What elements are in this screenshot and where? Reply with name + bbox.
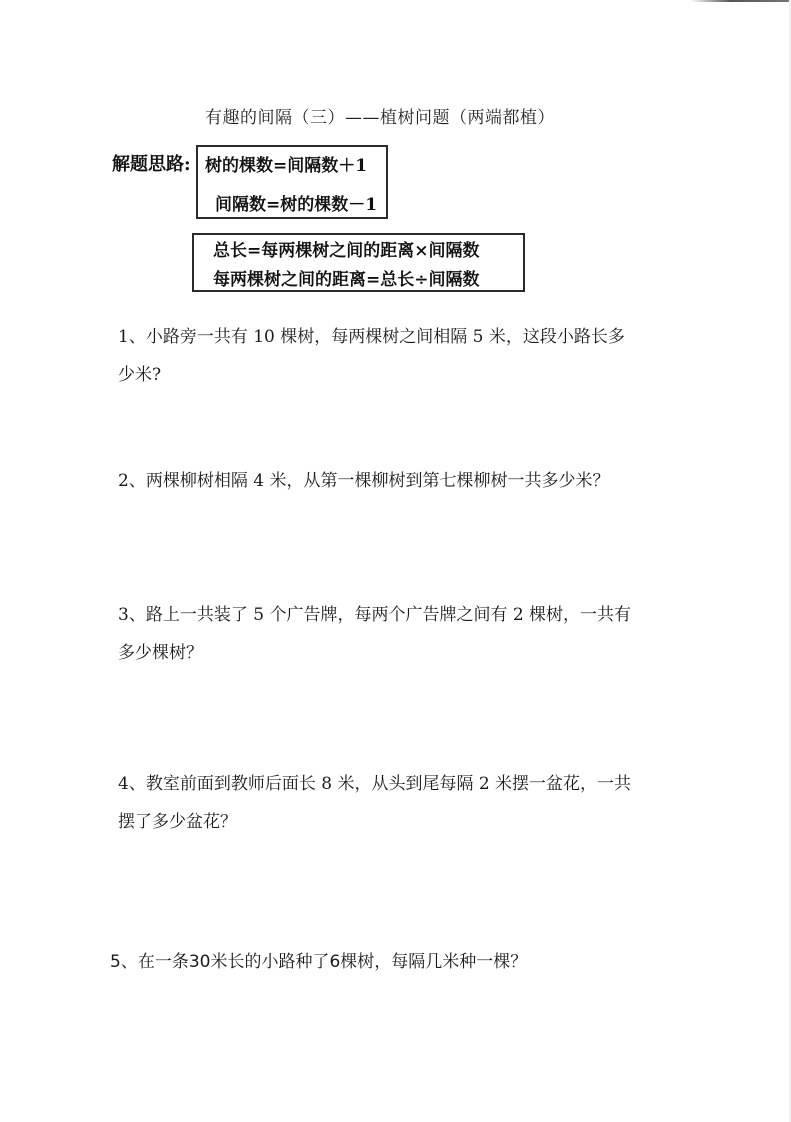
question-5: 5、在一条30米长的小路种了6棵树，每隔几米种一棵？ bbox=[110, 943, 527, 981]
question-3: 3、路上一共装了 5 个广告牌，每两个广告牌之间有 2 棵树，一共有 多少棵树？ bbox=[118, 596, 631, 672]
formula-box-tree-count: 树的棵数=间隔数＋1 间隔数=树的棵数－1 bbox=[196, 145, 388, 219]
question-1: 1、小路旁一共有 10 棵树，每两棵树之间相隔 5 米，这段小路长多 少米? bbox=[118, 318, 625, 394]
question-2-line-1: 2、两棵柳树相隔 4 米，从第一棵柳树到第七棵柳树一共多少米？ bbox=[118, 462, 609, 500]
question-2: 2、两棵柳树相隔 4 米，从第一棵柳树到第七棵柳树一共多少米？ bbox=[118, 462, 609, 500]
approach-label: 解题思路: bbox=[112, 150, 191, 176]
question-4: 4、教室前面到教师后面长 8 米，从头到尾每隔 2 米摆一盆花，一共 摆了多少盆… bbox=[118, 765, 631, 841]
page-title: 有趣的间隔（三）——植树问题（两端都植） bbox=[205, 103, 555, 128]
formula-spacing: 每两棵树之间的距离=总长÷间隔数 bbox=[213, 265, 480, 290]
question-1-line-2: 少米? bbox=[118, 356, 625, 394]
question-5-line-1: 5、在一条30米长的小路种了6棵树，每隔几米种一棵？ bbox=[110, 943, 527, 981]
formula-box-length: 总长=每两棵树之间的距离×间隔数 每两棵树之间的距离=总长÷间隔数 bbox=[192, 233, 525, 292]
formula-interval-count: 间隔数=树的棵数－1 bbox=[215, 190, 377, 215]
question-3-line-1: 3、路上一共装了 5 个广告牌，每两个广告牌之间有 2 棵树，一共有 bbox=[118, 596, 631, 634]
question-4-line-1: 4、教室前面到教师后面长 8 米，从头到尾每隔 2 米摆一盆花，一共 bbox=[118, 765, 631, 803]
question-4-line-2: 摆了多少盆花？ bbox=[118, 803, 631, 841]
formula-tree-count: 树的棵数=间隔数＋1 bbox=[205, 151, 367, 176]
formula-total-length: 总长=每两棵树之间的距离×间隔数 bbox=[213, 236, 480, 261]
scan-edge-top bbox=[690, 0, 791, 2]
question-3-line-2: 多少棵树？ bbox=[118, 634, 631, 672]
question-1-line-1: 1、小路旁一共有 10 棵树，每两棵树之间相隔 5 米，这段小路长多 bbox=[118, 318, 625, 356]
